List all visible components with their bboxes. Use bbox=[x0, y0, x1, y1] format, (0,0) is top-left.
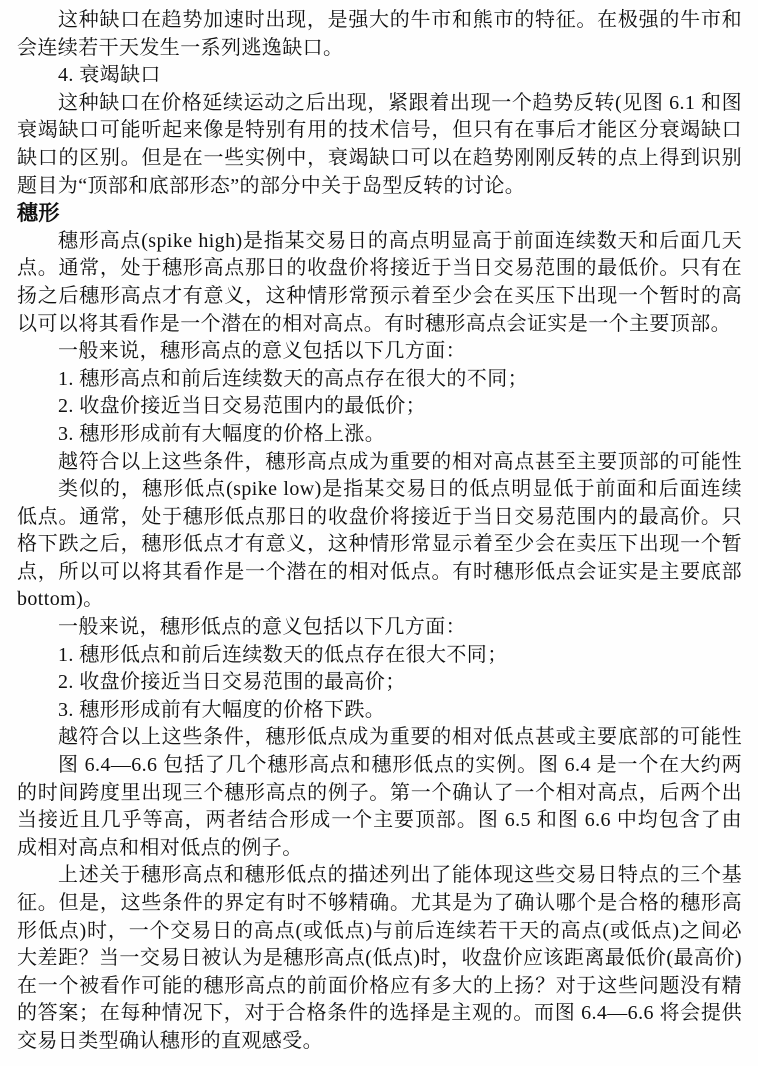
text-line: 2. 收盘价接近当日交易范围内的最低价； bbox=[17, 393, 742, 421]
text-line: 类似的，穗形低点(spike low)是指某交易日的低点明显低于前面和后面连续数… bbox=[17, 476, 742, 504]
text-line: 题目为“顶部和底部形态”的部分中关于岛型反转的讨论。 bbox=[17, 173, 742, 201]
text-line: 格下跌之后，穗形低点才有意义，这种情形常显示着至少会在卖压下出现一个暂时的低 bbox=[17, 531, 742, 559]
text-line: 4. 衰竭缺口 bbox=[17, 62, 742, 90]
text-line: 点，所以可以将其看作是一个潜在的相对低点。有时穗形低点会证实是主要底部(majo… bbox=[17, 559, 742, 587]
text-line: 3. 穗形形成前有大幅度的价格下跌。 bbox=[17, 697, 742, 725]
text-line: 1. 穗形低点和前后连续数天的低点存在很大不同； bbox=[17, 642, 742, 670]
book-page: 这种缺口在趋势加速时出现，是强大的牛市和熊市的特征。在极强的牛市和熊市上，会连续… bbox=[0, 0, 758, 1066]
text-line: 征。但是，这些条件的界定有时不够精确。尤其是为了确认哪个是合格的穗形高点(或穗 bbox=[17, 890, 742, 918]
text-line: 当接近且几乎等高，两者结合形成一个主要顶部。图 6.5 和图 6.6 中均包含了… bbox=[17, 807, 742, 835]
text-line: 形低点)时，一个交易日的高点(或低点)与前后连续若干天的高点(或低点)之间必须有… bbox=[17, 918, 742, 946]
text-line: 3. 穗形形成前有大幅度的价格上涨。 bbox=[17, 421, 742, 449]
text-line: 上述关于穗形高点和穗形低点的描述列出了能体现这些交易日特点的三个基本特 bbox=[17, 862, 742, 890]
text-line: 的答案；在每种情况下，对于合格条件的选择是主观的。而图 6.4—6.6 将会提供… bbox=[17, 1000, 742, 1028]
text-line: 低点。通常，处于穗形低点那日的收盘价将接近于当日交易范围内的最高价。只有在价 bbox=[17, 504, 742, 532]
text-line: 2. 收盘价接近当日交易范围的最高价； bbox=[17, 669, 742, 697]
text-line: 1. 穗形高点和前后连续数天的高点存在很大的不同； bbox=[17, 366, 742, 394]
text-line: 一般来说，穗形低点的意义包括以下几方面： bbox=[17, 614, 742, 642]
text-line: 成相对高点和相对低点的例子。 bbox=[17, 835, 742, 863]
text-line: 缺口的区别。但是在一些实例中，衰竭缺口可以在趋势刚刚反转的点上得到识别——见 bbox=[17, 145, 742, 173]
text-line: bottom)。 bbox=[17, 586, 742, 614]
text-line: 越符合以上这些条件，穗形低点成为重要的相对低点甚或主要底部的可能性越大。 bbox=[17, 724, 742, 752]
text-line: 扬之后穗形高点才有意义，这种情形常预示着至少会在买压下出现一个暂时的高点。所 bbox=[17, 283, 742, 311]
text-line: 在一个被看作可能的穗形高点的前面价格应有多大的上扬？对于这些问题没有精确详尽 bbox=[17, 973, 742, 1001]
text-line: 越符合以上这些条件，穗形高点成为重要的相对高点甚至主要顶部的可能性越大。 bbox=[17, 449, 742, 477]
text-line: 以可以将其看作是一个潜在的相对高点。有时穗形高点会证实是一个主要顶部。 bbox=[17, 311, 742, 339]
text-block: 这种缺口在趋势加速时出现，是强大的牛市和熊市的特征。在极强的牛市和熊市上，会连续… bbox=[17, 7, 742, 1056]
section-heading: 穗形 bbox=[17, 200, 742, 228]
text-line: 的时间跨度里出现三个穗形高点的例子。第一个确认了一个相对高点，后两个出现得相 bbox=[17, 780, 742, 808]
text-line: 这种缺口在趋势加速时出现，是强大的牛市和熊市的特征。在极强的牛市和熊市上， bbox=[17, 7, 742, 35]
text-line: 穗形高点(spike high)是指某交易日的高点明显高于前面连续数天和后面几天… bbox=[17, 228, 742, 256]
text-line: 衰竭缺口可能听起来像是特别有用的技术信号，但只有在事后才能区分衰竭缺口和逃逸 bbox=[17, 117, 742, 145]
text-line: 交易日类型确认穗形的直观感受。 bbox=[17, 1028, 742, 1056]
text-line: 图 6.4—6.6 包括了几个穗形高点和穗形低点的实例。图 6.4 是一个在大约… bbox=[17, 752, 742, 780]
text-line: 这种缺口在价格延续运动之后出现，紧跟着出现一个趋势反转(见图 6.1 和图 6.… bbox=[17, 90, 742, 118]
text-line: 一般来说，穗形高点的意义包括以下几方面： bbox=[17, 338, 742, 366]
text-line: 会连续若干天发生一系列逃逸缺口。 bbox=[17, 35, 742, 63]
text-line: 大差距？当一交易日被认为是穗形高点(低点)时，收盘价应该距离最低价(最高价)多近… bbox=[17, 945, 742, 973]
text-line: 点。通常，处于穗形高点那日的收盘价将接近于当日交易范围的最低价。只有在价格上 bbox=[17, 255, 742, 283]
